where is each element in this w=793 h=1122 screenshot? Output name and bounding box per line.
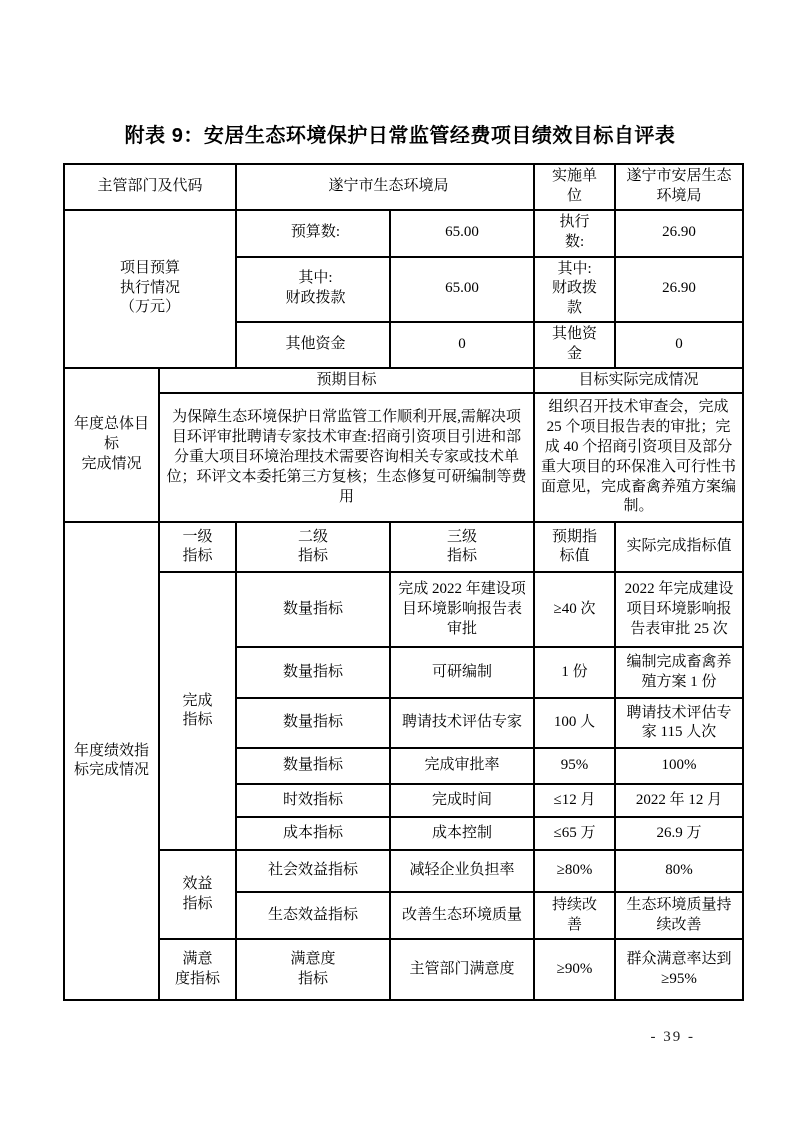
indicator-expected: ≥80%	[534, 850, 615, 892]
table-row: 完成 指标 数量指标 完成 2022 年建设项 目环境影响报告表 审批 ≥40 …	[64, 572, 743, 647]
indicator-level3: 聘请技术评估专家	[390, 698, 534, 748]
budget-label: 其中: 财政拨款	[236, 257, 390, 322]
table-row: 主管部门及代码 遂宁市生态环境局 实施单 位 遂宁市安居生态 环境局	[64, 164, 743, 210]
indicator-level2: 时效指标	[236, 784, 390, 817]
indicator-level3: 可研编制	[390, 647, 534, 698]
group-benefit-label: 效益 指标	[159, 850, 236, 939]
impl-unit-value: 遂宁市安居生态 环境局	[615, 164, 743, 210]
header-level2: 二级 指标	[236, 522, 390, 572]
indicator-level2: 生态效益指标	[236, 892, 390, 939]
performance-selfeval-table: 主管部门及代码 遂宁市生态环境局 实施单 位 遂宁市安居生态 环境局 项目预算 …	[63, 163, 744, 1001]
indicator-level2: 满意度 指标	[236, 939, 390, 1000]
indicator-level2: 数量指标	[236, 572, 390, 647]
indicator-level2: 成本指标	[236, 817, 390, 850]
indicator-actual: 100%	[615, 748, 743, 784]
expected-goal-text: 为保障生态环境保护日常监管工作顺利开展,需解决项目环评审批聘请专家技术审查:招商…	[159, 393, 534, 522]
indicators-section-label: 年度绩效指 标完成情况	[64, 522, 159, 1000]
budget-section-label: 项目预算 执行情况 （万元）	[64, 210, 236, 368]
indicator-expected: 100 人	[534, 698, 615, 748]
indicator-level2: 数量指标	[236, 748, 390, 784]
indicator-expected: ≤12 月	[534, 784, 615, 817]
budget-value: 65.00	[390, 210, 534, 257]
indicator-expected: 1 份	[534, 647, 615, 698]
table-row: 效益 指标 社会效益指标 减轻企业负担率 ≥80% 80%	[64, 850, 743, 892]
indicator-actual: 2022 年完成建设 项目环境影响报 告表审批 25 次	[615, 572, 743, 647]
page-title: 附表 9：安居生态环境保护日常监管经费项目绩效目标自评表	[55, 119, 745, 148]
indicator-level2: 数量指标	[236, 647, 390, 698]
table-row: 年度总体目 标 完成情况 预期目标 目标实际完成情况	[64, 368, 743, 394]
budget-value: 65.00	[390, 257, 534, 322]
indicator-actual: 26.9 万	[615, 817, 743, 850]
annual-goal-section-label: 年度总体目 标 完成情况	[64, 368, 159, 523]
indicator-level3: 成本控制	[390, 817, 534, 850]
header-actual: 实际完成指标值	[615, 522, 743, 572]
table-row: 为保障生态环境保护日常监管工作顺利开展,需解决项目环评审批聘请专家技术审查:招商…	[64, 393, 743, 522]
indicator-expected: ≥40 次	[534, 572, 615, 647]
indicator-level3: 主管部门满意度	[390, 939, 534, 1000]
dept-code-label: 主管部门及代码	[64, 164, 236, 210]
page-number: - 39 -	[651, 1029, 696, 1046]
indicator-expected: ≤65 万	[534, 817, 615, 850]
group-completion-label: 完成 指标	[159, 572, 236, 850]
indicator-level2: 社会效益指标	[236, 850, 390, 892]
budget-exec-label: 执行 数:	[534, 210, 615, 257]
budget-exec-label: 其中: 财政拨 款	[534, 257, 615, 322]
table-row: 项目预算 执行情况 （万元） 预算数: 65.00 执行 数: 26.90	[64, 210, 743, 257]
indicator-expected: ≥90%	[534, 939, 615, 1000]
indicator-actual: 2022 年 12 月	[615, 784, 743, 817]
budget-exec-value: 0	[615, 322, 743, 368]
table-row: 年度绩效指 标完成情况 一级 指标 二级 指标 三级 指标 预期指 标值 实际完…	[64, 522, 743, 572]
indicator-actual: 编制完成畜禽养 殖方案 1 份	[615, 647, 743, 698]
indicator-level3: 完成时间	[390, 784, 534, 817]
indicator-actual: 80%	[615, 850, 743, 892]
document-page: 附表 9：安居生态环境保护日常监管经费项目绩效目标自评表 主管部门及代码 遂宁市…	[0, 0, 793, 1122]
indicator-actual: 聘请技术评估专 家 115 人次	[615, 698, 743, 748]
actual-goal-text: 组织召开技术审查会，完成 25 个项目报告表的审批；完成 40 个招商引资项目及…	[534, 393, 743, 522]
indicator-level3: 完成 2022 年建设项 目环境影响报告表 审批	[390, 572, 534, 647]
impl-unit-label: 实施单 位	[534, 164, 615, 210]
indicator-level2: 数量指标	[236, 698, 390, 748]
actual-goal-header: 目标实际完成情况	[534, 368, 743, 394]
budget-exec-label: 其他资 金	[534, 322, 615, 368]
indicator-level3: 减轻企业负担率	[390, 850, 534, 892]
indicator-expected: 持续改 善	[534, 892, 615, 939]
indicator-actual: 生态环境质量持 续改善	[615, 892, 743, 939]
indicator-level3: 改善生态环境质量	[390, 892, 534, 939]
indicator-level3: 完成审批率	[390, 748, 534, 784]
group-satisfaction-label: 满意 度指标	[159, 939, 236, 1000]
dept-code-value: 遂宁市生态环境局	[236, 164, 534, 210]
budget-exec-value: 26.90	[615, 210, 743, 257]
budget-exec-value: 26.90	[615, 257, 743, 322]
header-expected: 预期指 标值	[534, 522, 615, 572]
header-level1: 一级 指标	[159, 522, 236, 572]
budget-value: 0	[390, 322, 534, 368]
header-level3: 三级 指标	[390, 522, 534, 572]
expected-goal-header: 预期目标	[159, 368, 534, 394]
table-row: 满意 度指标 满意度 指标 主管部门满意度 ≥90% 群众满意率达到 ≥95%	[64, 939, 743, 1000]
indicator-expected: 95%	[534, 748, 615, 784]
budget-label: 预算数:	[236, 210, 390, 257]
budget-label: 其他资金	[236, 322, 390, 368]
indicator-actual: 群众满意率达到 ≥95%	[615, 939, 743, 1000]
